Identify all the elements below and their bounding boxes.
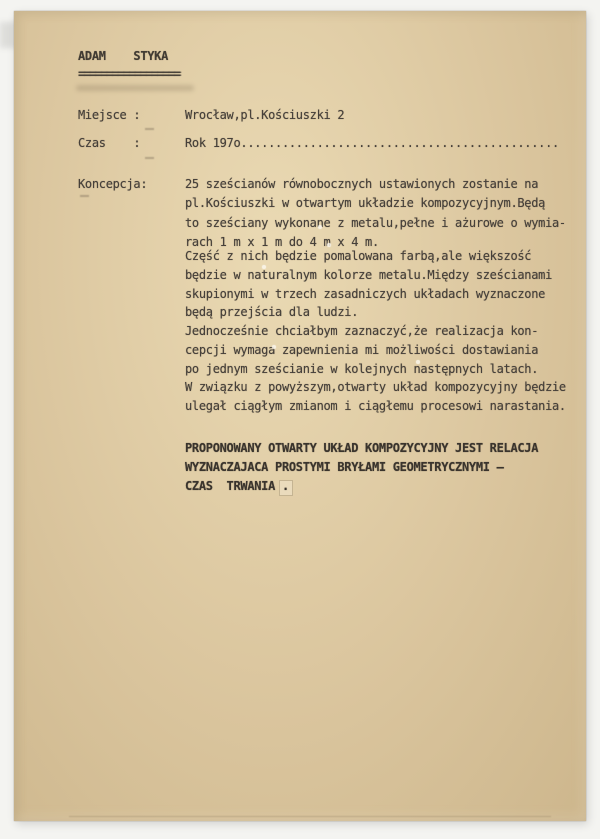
pencil-mark (145, 128, 154, 130)
author-underline: ================== (78, 65, 179, 84)
author-name: ADAM STYKA (78, 47, 168, 66)
document-page: ADAM STYKA ================== Miejsce : … (14, 11, 586, 821)
concept-paragraph-4: Jednocześnie chciałbym zaznaczyć,że real… (185, 322, 566, 416)
field-label-miejsce: Miejsce : (78, 106, 140, 125)
paper-speck (262, 265, 266, 269)
closing-statement: PROPONOWANY OTWARTY UKŁAD KOMPOZYCYJNY J… (185, 439, 538, 495)
paper-speck (416, 360, 420, 364)
pencil-mark (145, 157, 154, 159)
concept-paragraph-3: Część z nich będzie pomalowana farbą,ale… (185, 247, 552, 322)
field-label-czas: Czas : (78, 134, 140, 153)
field-label-koncepcja: Koncepcja: (78, 175, 147, 194)
paper-speck (272, 345, 276, 349)
paper-speck (318, 225, 322, 229)
concept-paragraph-1: 25 sześcianów równobocznych ustawionych … (185, 175, 545, 213)
paper-crease (69, 816, 551, 817)
field-value-czas: Rok 197o................................… (185, 134, 559, 153)
pencil-mark (80, 195, 89, 197)
concept-paragraph-2: to sześciany wykonane z metalu,pełne i a… (185, 214, 566, 252)
paper-speck (327, 243, 331, 247)
ink-smudge (76, 85, 194, 91)
field-value-miejsce: Wrocław,pl.Kościuszki 2 (185, 106, 344, 125)
